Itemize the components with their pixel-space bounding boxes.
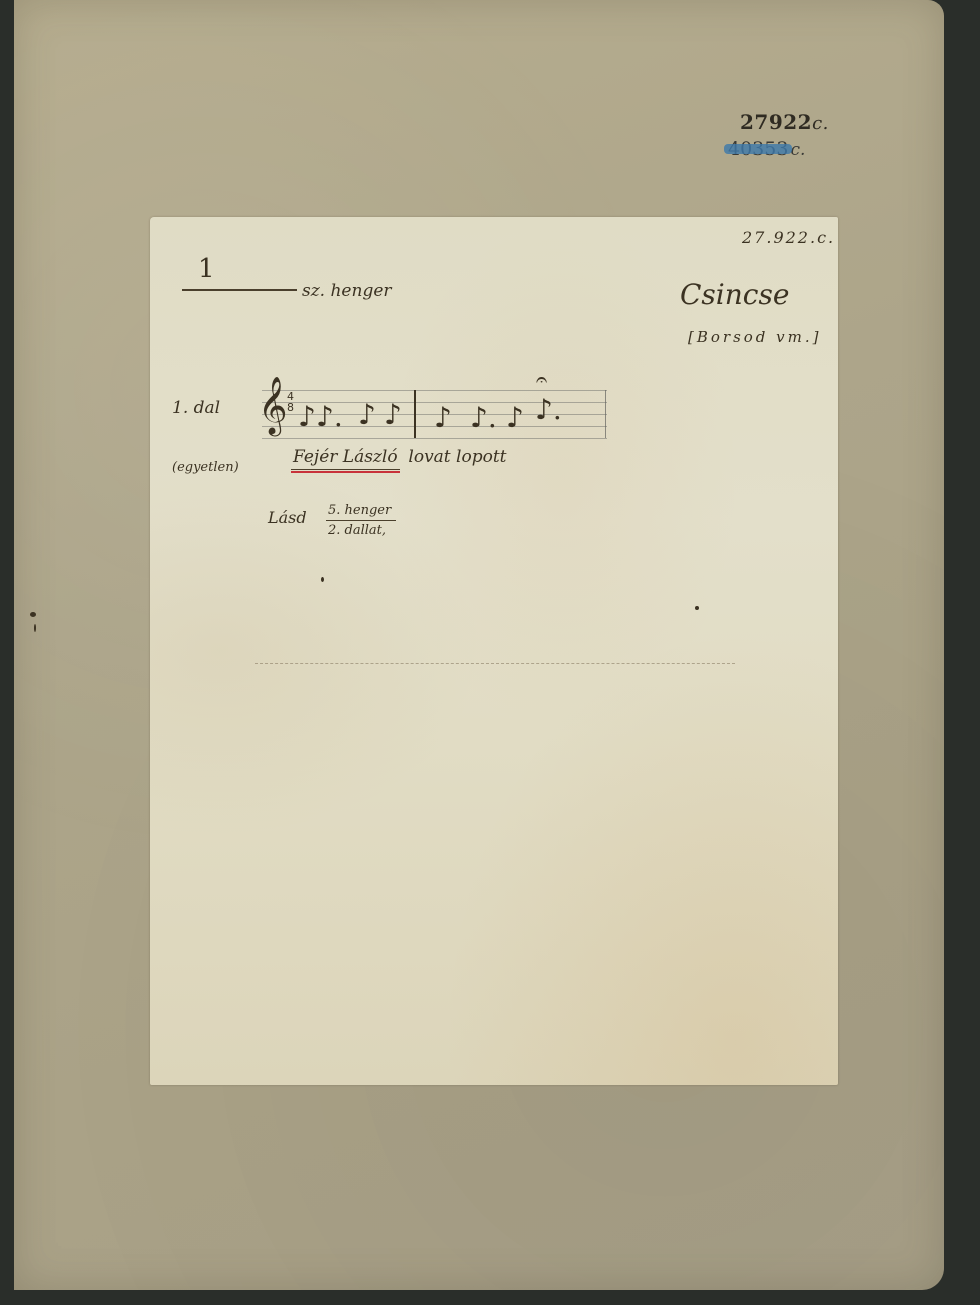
reference-divider xyxy=(326,520,396,521)
song-label: 1. dal xyxy=(172,398,220,418)
sixteenth-note-icon: ♪ xyxy=(434,404,452,432)
ink-speck xyxy=(34,624,36,632)
cylinder-number: 1 xyxy=(198,254,215,284)
dotted-eighth-note-icon: ♪. xyxy=(470,404,497,432)
county-name: [Borsod vm.] xyxy=(688,328,822,346)
cylinder-underline xyxy=(182,289,297,291)
card-number: 27.922.c. xyxy=(742,228,835,247)
ink-speck xyxy=(321,577,324,582)
see-reference-cylinder: 5. henger xyxy=(328,503,391,518)
eighth-note-icon: ♪ xyxy=(384,401,402,429)
old-shelfmark-suffix: c. xyxy=(790,140,805,160)
eighth-note-icon: ♪ xyxy=(358,401,376,429)
time-signature: 4 8 xyxy=(287,391,294,413)
ink-speck xyxy=(695,606,699,610)
sixteenth-note-icon: ♪ xyxy=(506,404,524,432)
staff-line xyxy=(262,438,607,439)
fold-crease xyxy=(255,663,735,665)
barline xyxy=(414,390,416,438)
end-barline xyxy=(605,390,606,438)
old-shelfmark-number: 40353 xyxy=(728,138,788,160)
cylinder-label: sz. henger xyxy=(302,281,392,301)
index-card xyxy=(150,217,838,1085)
time-signature-bottom: 8 xyxy=(287,402,294,413)
village-name: Csincse xyxy=(680,278,789,311)
eighth-note-icon: ♪ xyxy=(298,403,316,431)
lyrics: Fejér László lovat lopott xyxy=(293,447,507,467)
see-reference-song: 2. dallat, xyxy=(328,523,386,538)
current-shelfmark: 27922c. xyxy=(740,110,829,134)
old-shelfmark-struck: 40353c. xyxy=(728,138,805,160)
song-note: (egyetlen) xyxy=(172,460,239,475)
treble-clef-icon: 𝄞 xyxy=(258,380,288,430)
lyrics-rest: lovat lopott xyxy=(408,447,506,467)
lyrics-underlined: Fejér László xyxy=(293,447,398,467)
see-reference-label: Lásd xyxy=(268,508,307,527)
shelfmark-suffix: c. xyxy=(812,113,829,134)
shelfmark-number: 27922 xyxy=(740,110,812,134)
staff-line xyxy=(262,390,607,391)
fermata-icon: 𝄐 xyxy=(536,367,547,391)
dotted-eighth-note-icon: ♪. xyxy=(316,403,343,431)
dotted-eighth-note-icon: ♪. xyxy=(535,396,562,424)
ink-speck xyxy=(30,612,36,617)
